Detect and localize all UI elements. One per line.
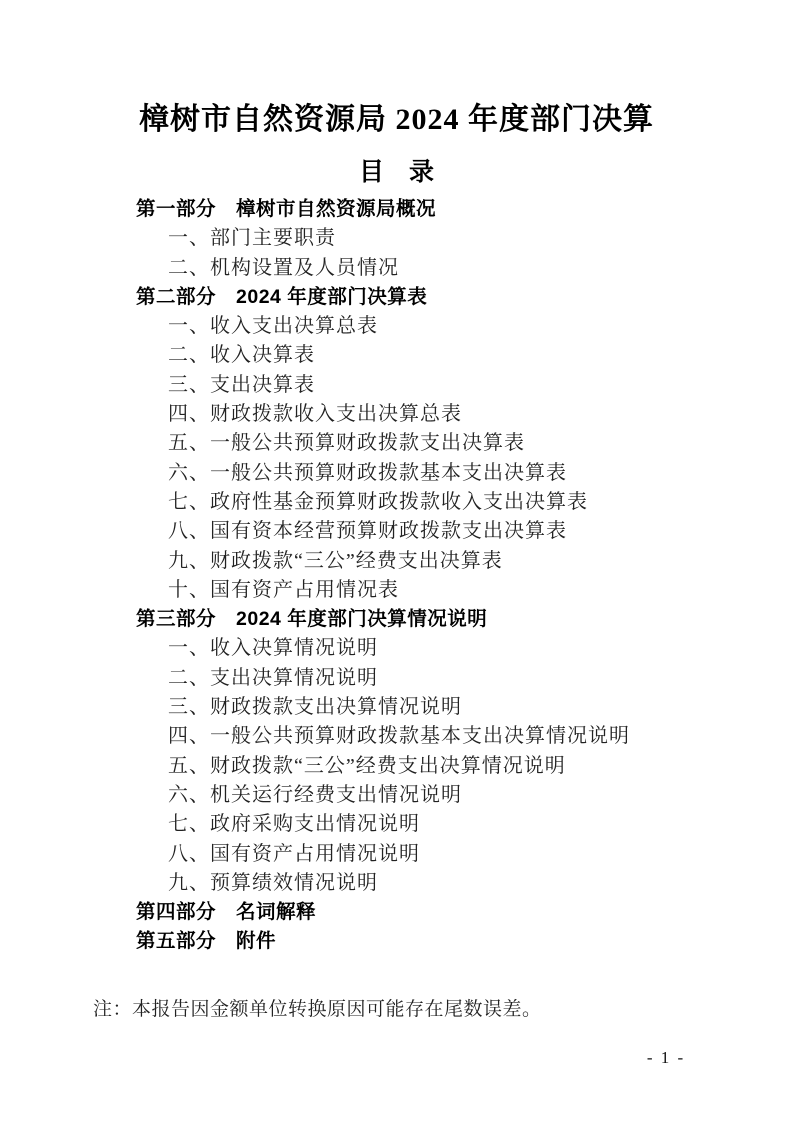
toc-item: 四、一般公共预算财政拨款基本支出决算情况说明 [0,722,793,751]
toc-item: 一、收入支出决算总表 [0,312,793,341]
toc-section-heading: 第二部分 2024 年度部门决算表 [0,283,793,312]
toc-item: 十、国有资产占用情况表 [0,576,793,605]
toc-item: 二、收入决算表 [0,341,793,370]
toc-heading: 目 录 [0,152,793,188]
toc-item: 七、政府性基金预算财政拨款收入支出决算表 [0,488,793,517]
toc-section-heading: 第五部分 附件 [0,927,793,956]
toc-item: 五、一般公共预算财政拨款支出决算表 [0,429,793,458]
toc-item: 五、财政拨款“三公”经费支出决算情况说明 [0,752,793,781]
toc-item: 三、支出决算表 [0,371,793,400]
toc-item: 六、机关运行经费支出情况说明 [0,781,793,810]
toc-section-heading: 第三部分 2024 年度部门决算情况说明 [0,605,793,634]
footnote: 注：本报告因金额单位转换原因可能存在尾数误差。 [93,994,542,1021]
toc-section-heading: 第一部分 樟树市自然资源局概况 [0,195,793,224]
toc-item: 八、国有资产占用情况说明 [0,840,793,869]
toc-item: 二、机构设置及人员情况 [0,254,793,283]
toc-item: 一、收入决算情况说明 [0,634,793,663]
document-page: 樟树市自然资源局 2024 年度部门决算 目 录 第一部分 樟树市自然资源局概况… [0,0,793,1122]
toc-item: 三、财政拨款支出决算情况说明 [0,693,793,722]
toc-item: 四、财政拨款收入支出决算总表 [0,400,793,429]
toc-item: 六、一般公共预算财政拨款基本支出决算表 [0,459,793,488]
toc-item: 九、预算绩效情况说明 [0,869,793,898]
toc-list: 第一部分 樟树市自然资源局概况一、部门主要职责二、机构设置及人员情况第二部分 2… [0,195,793,957]
toc-item: 七、政府采购支出情况说明 [0,810,793,839]
page-number: - 1 - [626,1048,706,1068]
toc-item: 八、国有资本经营预算财政拨款支出决算表 [0,517,793,546]
document-title: 樟树市自然资源局 2024 年度部门决算 [0,94,793,138]
toc-item: 二、支出决算情况说明 [0,664,793,693]
toc-item: 九、财政拨款“三公”经费支出决算表 [0,547,793,576]
toc-section-heading: 第四部分 名词解释 [0,898,793,927]
toc-item: 一、部门主要职责 [0,224,793,253]
